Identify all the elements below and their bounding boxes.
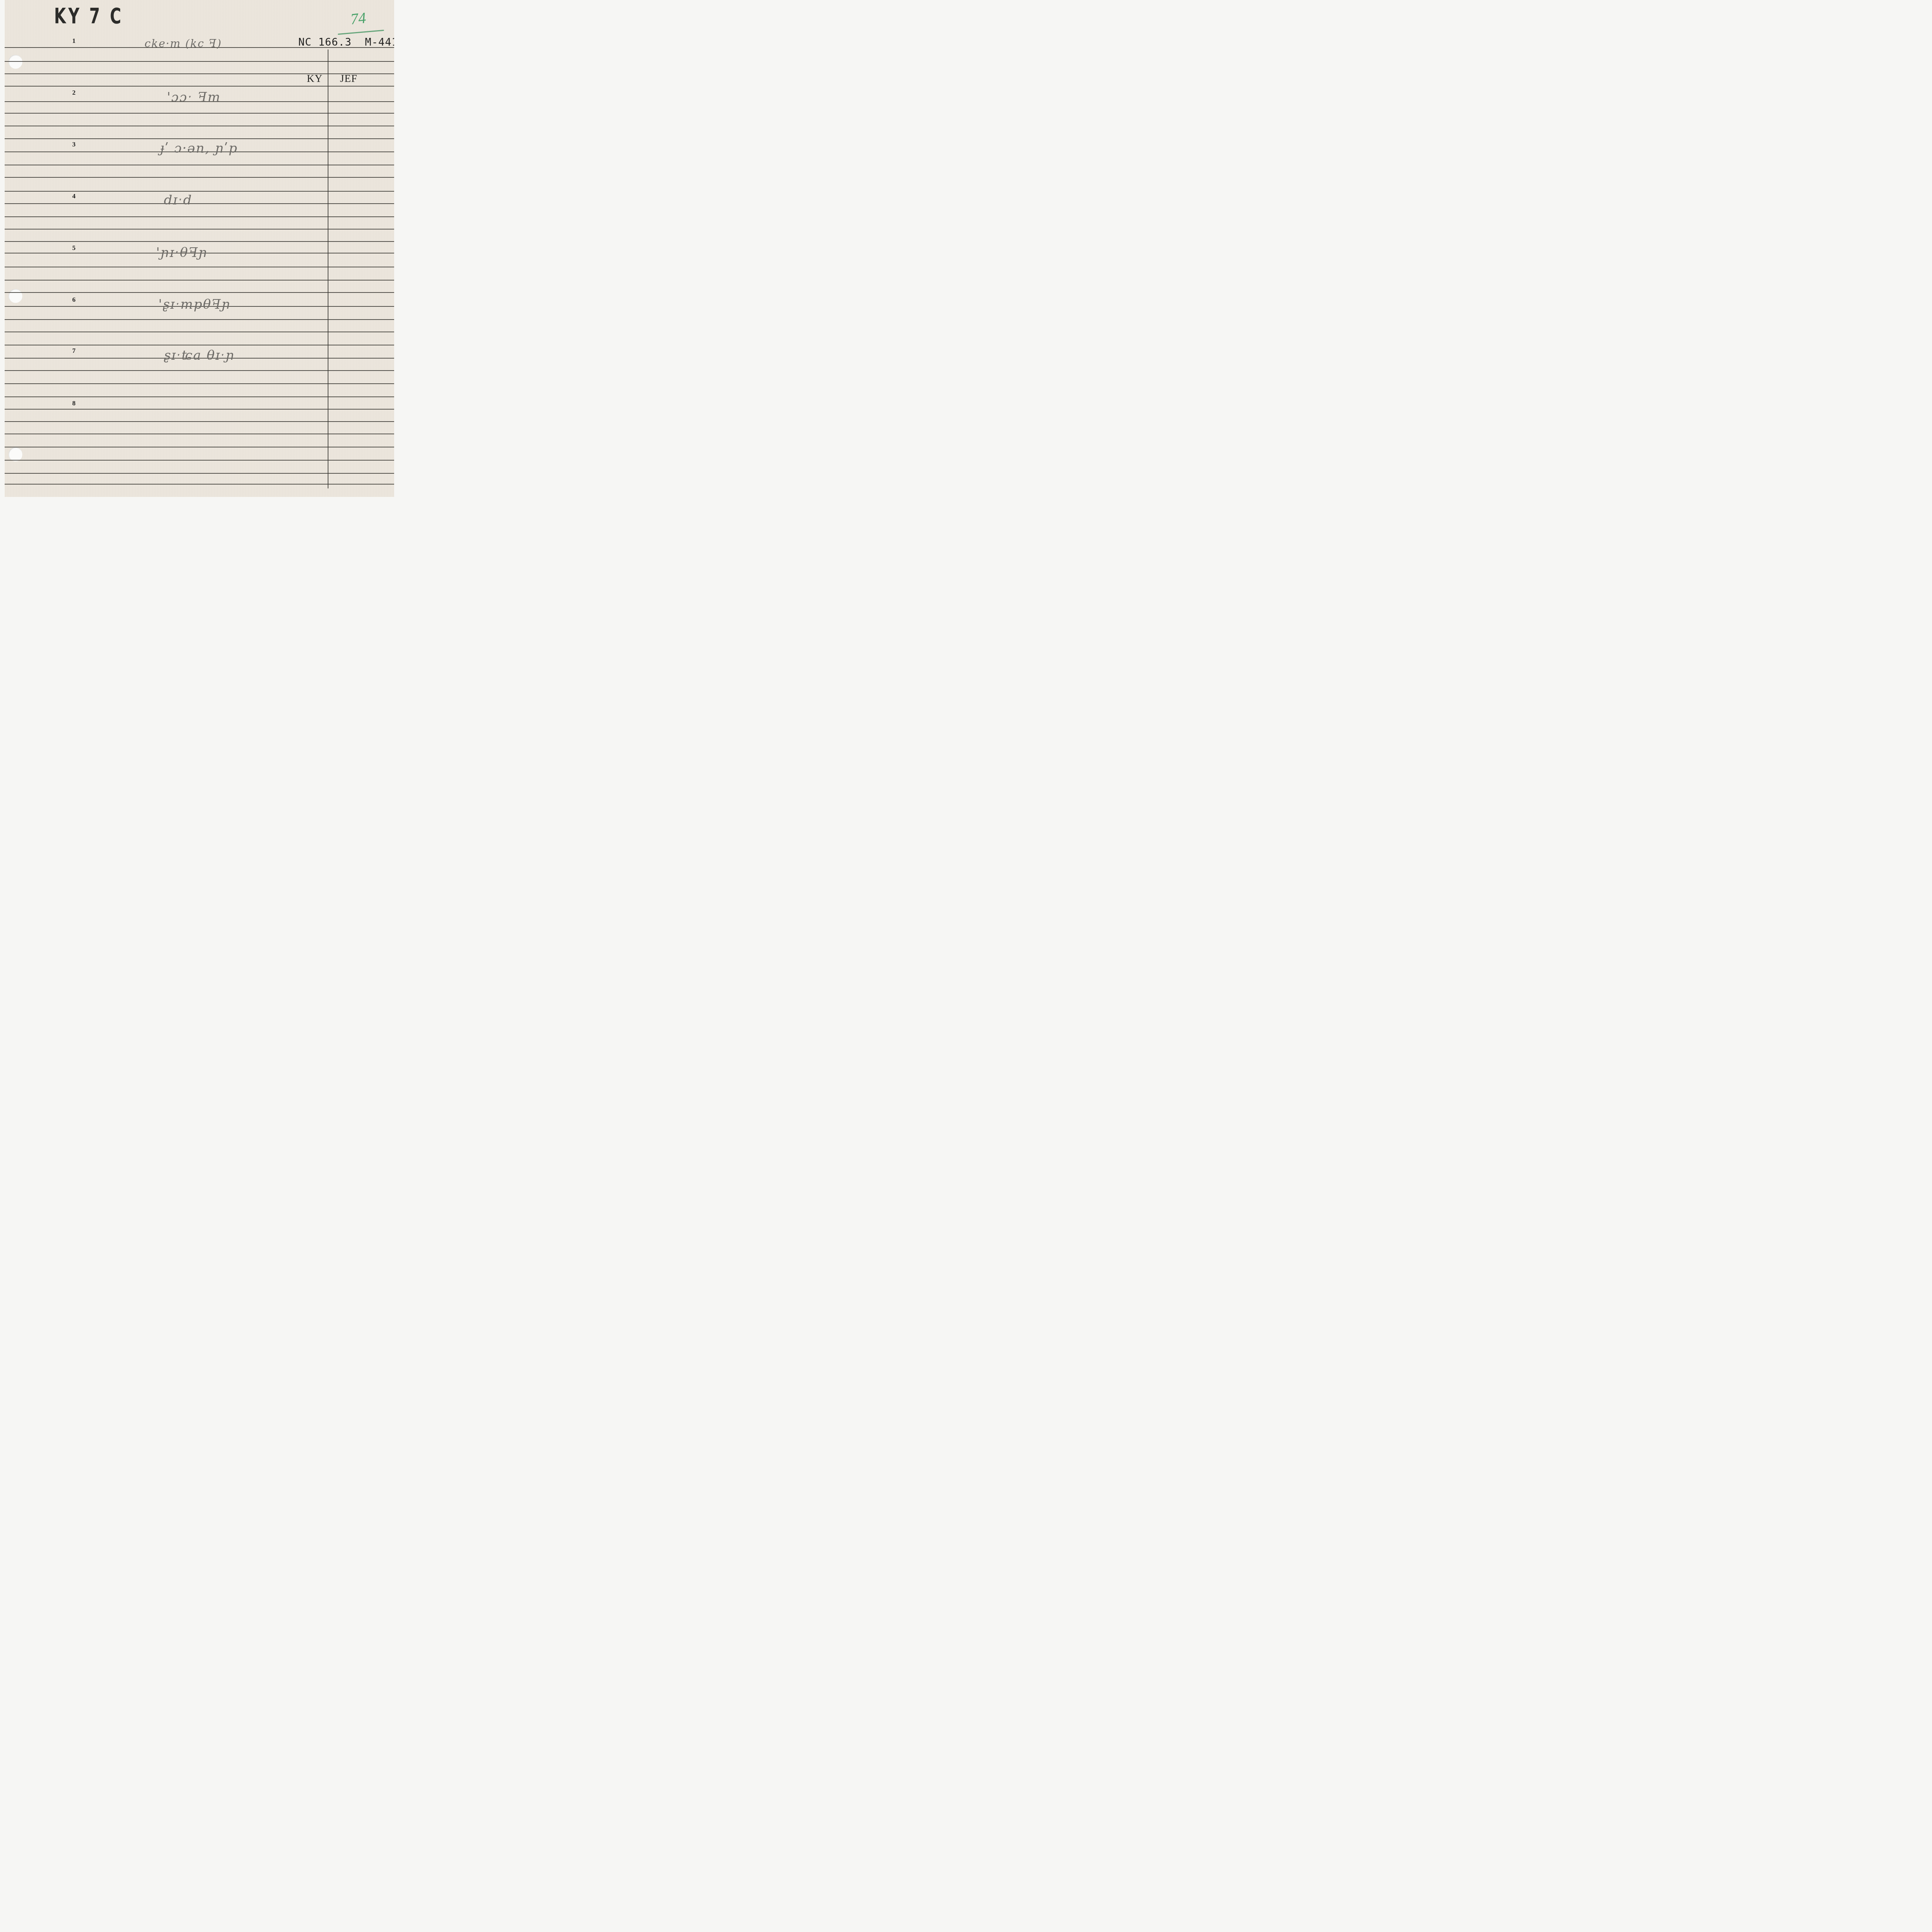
rule-line bbox=[5, 73, 394, 74]
rule-line bbox=[5, 86, 394, 87]
rule-line bbox=[5, 267, 394, 267]
rule-line bbox=[5, 177, 394, 178]
rule-line bbox=[5, 396, 394, 397]
page-number: 74 bbox=[350, 9, 367, 28]
row-number: 4 bbox=[72, 192, 76, 200]
rule-line bbox=[5, 229, 394, 230]
rule-line bbox=[5, 241, 394, 242]
rule-line bbox=[5, 460, 394, 461]
row-number: 2 bbox=[72, 89, 76, 97]
transcription-row-4: dɪˑd bbox=[164, 192, 192, 208]
row-number: 3 bbox=[72, 141, 76, 148]
transcription-row-6: 'ʂɪˑmpθꟻɲ bbox=[158, 297, 231, 312]
rule-line bbox=[5, 165, 394, 165]
rule-line bbox=[5, 370, 394, 371]
rule-line bbox=[5, 280, 394, 281]
column-divider bbox=[328, 49, 328, 488]
transcription-row-3: ɟʹ ɔ·ən, ɲʹp bbox=[160, 141, 238, 156]
transcription-row-1: cke·m (kc ꟻ) bbox=[145, 37, 222, 50]
record-sheet: KY 7 C 74 NC 166.3 M-441 KY JEF LO L 1 2… bbox=[5, 0, 394, 497]
rule-line bbox=[5, 319, 394, 320]
transcription-row-5: 'ɲɪˑθꟻɲ bbox=[156, 245, 208, 260]
rule-line bbox=[5, 345, 394, 345]
rule-line bbox=[5, 126, 394, 126]
catalog-number: NC 166.3 M-441 bbox=[298, 36, 394, 48]
row-number: 6 bbox=[72, 296, 76, 304]
rule-line bbox=[5, 203, 394, 204]
rule-line bbox=[5, 421, 394, 422]
column-header-county: JEF bbox=[340, 73, 357, 85]
rule-line bbox=[5, 473, 394, 474]
row-number: 8 bbox=[72, 400, 76, 407]
rule-line bbox=[5, 292, 394, 293]
rule-line bbox=[5, 332, 394, 332]
rule-line bbox=[5, 484, 394, 485]
rule-line bbox=[5, 113, 394, 114]
column-header-state: KY bbox=[307, 73, 323, 85]
rule-line bbox=[5, 191, 394, 192]
stamp-id: KY 7 C bbox=[54, 4, 123, 29]
punch-hole-middle bbox=[9, 289, 22, 303]
rule-line bbox=[5, 216, 394, 217]
rule-line bbox=[5, 434, 394, 434]
rule-line bbox=[5, 447, 394, 447]
row-number: 1 bbox=[72, 37, 76, 45]
row-number: 7 bbox=[72, 347, 76, 355]
punch-hole-bottom bbox=[9, 447, 22, 461]
rule-line bbox=[5, 383, 394, 384]
page-number-underline bbox=[338, 30, 384, 35]
rule-line bbox=[5, 138, 394, 139]
rule-line bbox=[5, 409, 394, 410]
row-number: 5 bbox=[72, 244, 76, 252]
transcription-row-7: ʂɪˑʨa θɪˑɲ bbox=[164, 348, 235, 363]
punch-hole-top bbox=[9, 55, 22, 69]
rule-line bbox=[5, 61, 394, 62]
transcription-row-2: 'ɔɔˑ ꟻm bbox=[167, 90, 221, 105]
